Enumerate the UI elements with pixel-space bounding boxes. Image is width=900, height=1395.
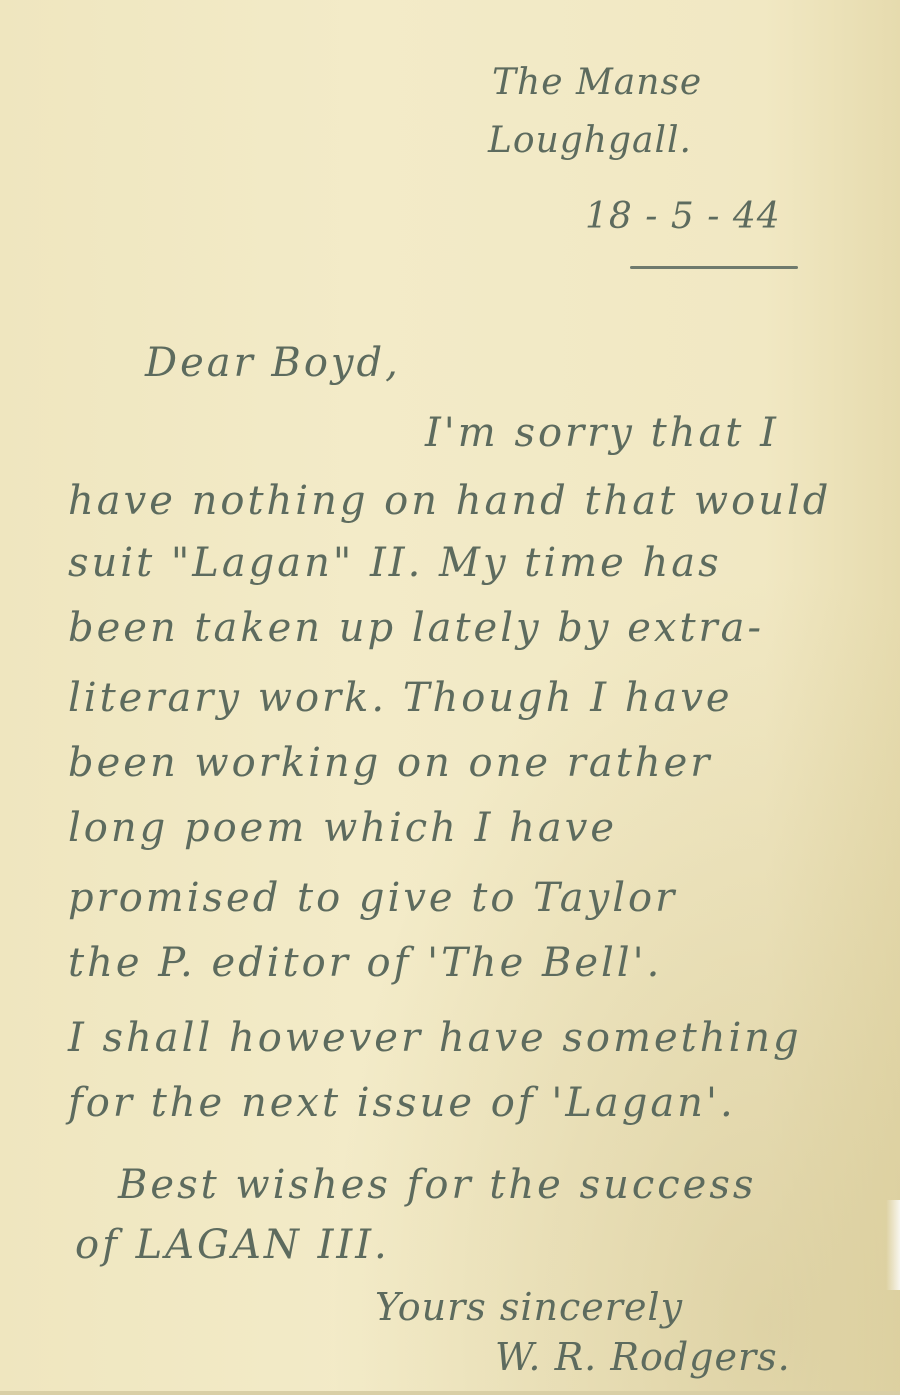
salutation: Dear Boyd,: [145, 340, 401, 386]
body-line: been taken up lately by extra-: [68, 605, 764, 651]
date-underline: [630, 266, 798, 269]
letter-date: 18 - 5 - 44: [585, 196, 781, 237]
body-line: promised to give to Taylor: [68, 875, 677, 921]
body-line: Best wishes for the success: [118, 1162, 756, 1208]
body-line: for the next issue of 'Lagan'.: [68, 1080, 736, 1126]
address-line-2: Loughgall.: [488, 120, 692, 161]
body-line: I shall however have something: [68, 1015, 802, 1061]
closing: Yours sincerely: [375, 1285, 683, 1329]
body-line: suit "Lagan" II. My time has: [68, 540, 722, 586]
body-line: been working on one rather: [68, 740, 712, 786]
body-line: have nothing on hand that would: [68, 478, 831, 524]
body-line: the P. editor of 'The Bell'.: [68, 940, 662, 986]
letter-page: The Manse Loughgall. 18 - 5 - 44 Dear Bo…: [0, 0, 900, 1395]
address-line-1: The Manse: [492, 62, 702, 103]
body-line: literary work. Though I have: [68, 675, 733, 721]
signature: W. R. Rodgers.: [495, 1335, 791, 1379]
body-line: of LAGAN III.: [75, 1222, 390, 1268]
body-line: long poem which I have: [68, 805, 617, 851]
body-line: I'm sorry that I: [425, 410, 779, 456]
